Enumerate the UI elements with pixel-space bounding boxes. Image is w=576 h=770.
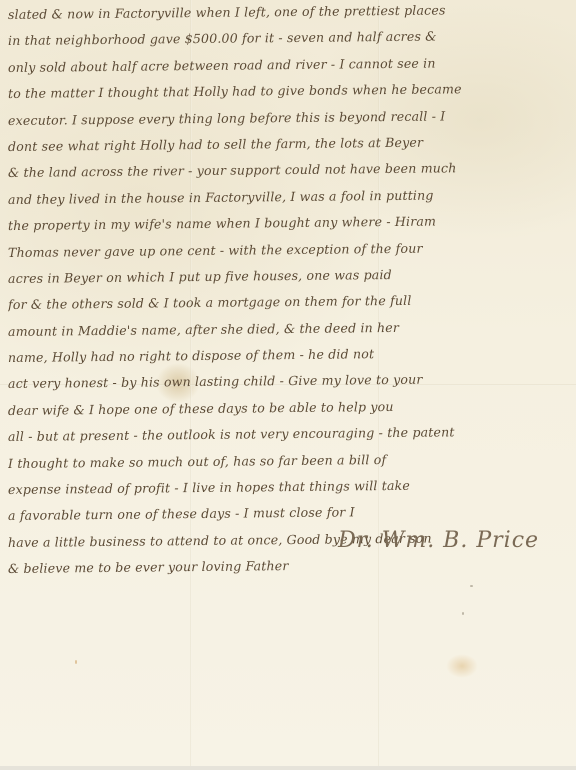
page-bottom-edge	[0, 766, 576, 770]
signature: Dr. Wm. B. Price	[338, 528, 539, 553]
ink-speck	[470, 585, 473, 587]
letter-body: slated & now in Factoryville when I left…	[8, 2, 576, 583]
letter-line: & believe me to be ever your loving Fath…	[8, 550, 576, 582]
ink-speck	[462, 612, 464, 615]
ink-speck	[75, 660, 77, 664]
